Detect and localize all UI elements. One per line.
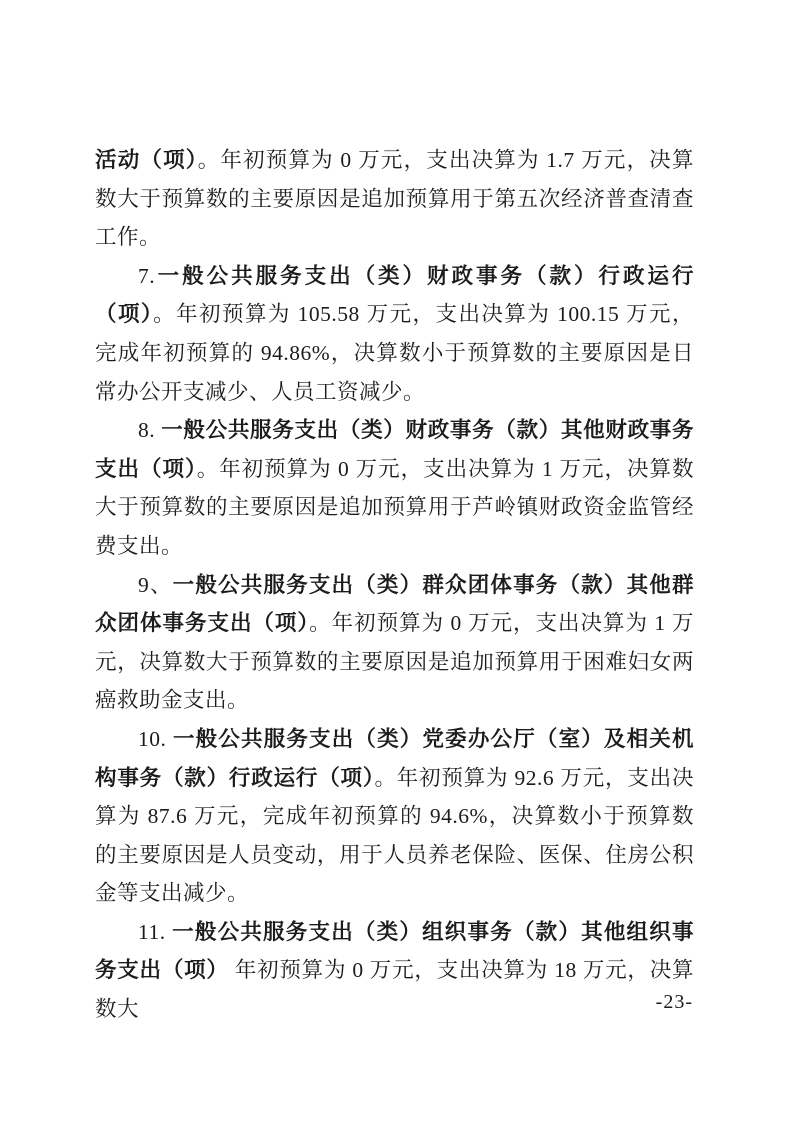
- paragraph-number: 11.: [138, 920, 172, 944]
- paragraph-body: 。年初预算为 105.58 万元，支出决算为 100.15 万元，完成年初预算的…: [95, 302, 694, 403]
- paragraph-item-9: 9、一般公共服务支出（类）群众团体事务（款）其他群众团体事务支出（项）。年初预算…: [95, 566, 694, 720]
- paragraph-number: 8.: [138, 418, 161, 442]
- paragraph-number: 10.: [138, 727, 173, 751]
- document-page: 活动（项）。年初预算为 0 万元，支出决算为 1.7 万元，决算数大于预算数的主…: [0, 0, 793, 1122]
- paragraph-item-7: 7.一般公共服务支出（类）财政事务（款）行政运行（项）。年初预算为 105.58…: [95, 257, 694, 411]
- page-number: -23-: [656, 991, 693, 1014]
- paragraph-continuation: 活动（项）。年初预算为 0 万元，支出决算为 1.7 万元，决算数大于预算数的主…: [95, 141, 694, 257]
- paragraph-lead: 活动（项）: [95, 148, 198, 172]
- paragraph-item-10: 10. 一般公共服务支出（类）党委办公厅（室）及相关机构事务（款）行政运行（项）…: [95, 720, 694, 913]
- paragraph-item-11: 11. 一般公共服务支出（类）组织事务（款）其他组织事务支出（项） 年初预算为 …: [95, 913, 694, 1029]
- paragraph-number: 7.: [138, 264, 155, 288]
- document-body: 活动（项）。年初预算为 0 万元，支出决算为 1.7 万元，决算数大于预算数的主…: [95, 141, 694, 1029]
- paragraph-item-8: 8. 一般公共服务支出（类）财政事务（款）其他财政事务支出（项）。年初预算为 0…: [95, 411, 694, 565]
- paragraph-number: 9、: [138, 573, 173, 597]
